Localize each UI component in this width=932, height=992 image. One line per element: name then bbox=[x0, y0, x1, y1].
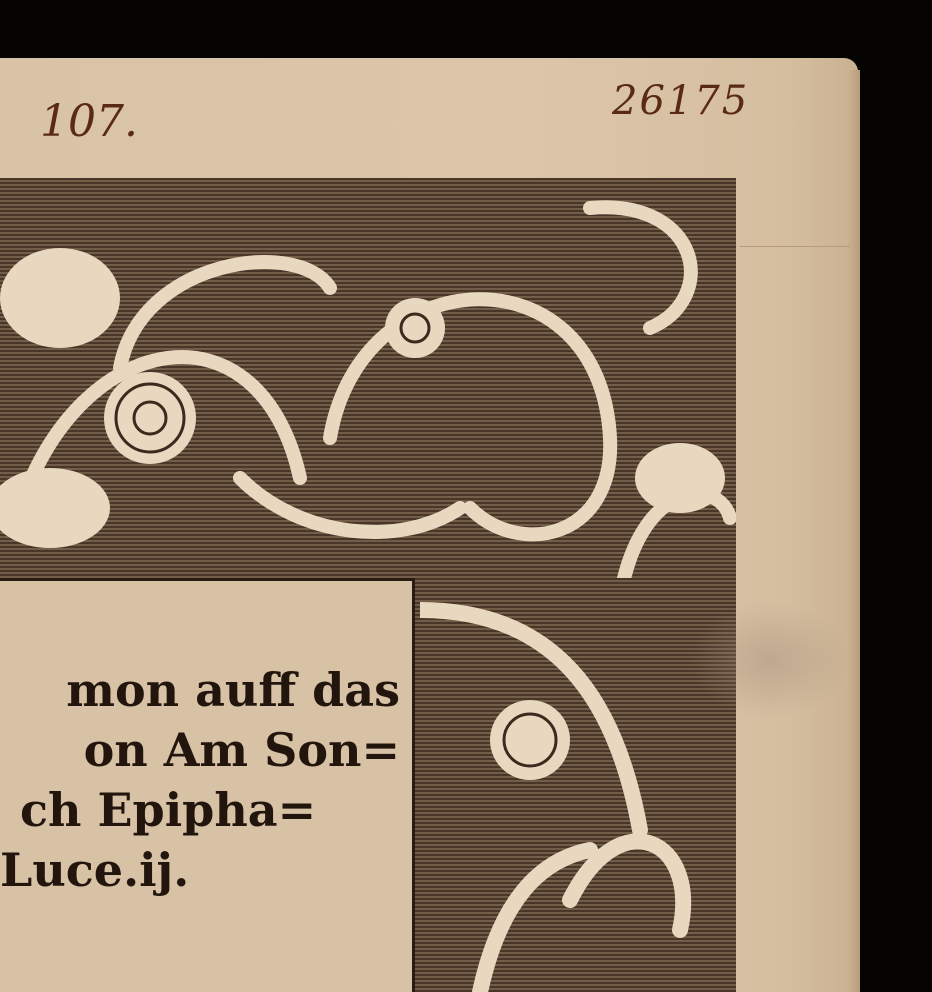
handwritten-number-right: 26175 bbox=[612, 78, 749, 124]
handwritten-shelfmark-left: 107. bbox=[40, 96, 138, 147]
title-line-2: on Am Son= bbox=[0, 720, 400, 780]
faint-rule-line bbox=[740, 246, 850, 247]
page-edge bbox=[846, 70, 860, 992]
lower-ornament-icon bbox=[420, 600, 730, 992]
title-block: mon auff das on Am Son= ch Epipha= Luce.… bbox=[0, 660, 400, 900]
title-line-3: ch Epipha= bbox=[0, 780, 400, 840]
scrollwork-ornament-icon bbox=[0, 178, 736, 578]
title-line-1: mon auff das bbox=[0, 660, 400, 720]
title-line-4: Luce.ij. bbox=[0, 840, 400, 900]
